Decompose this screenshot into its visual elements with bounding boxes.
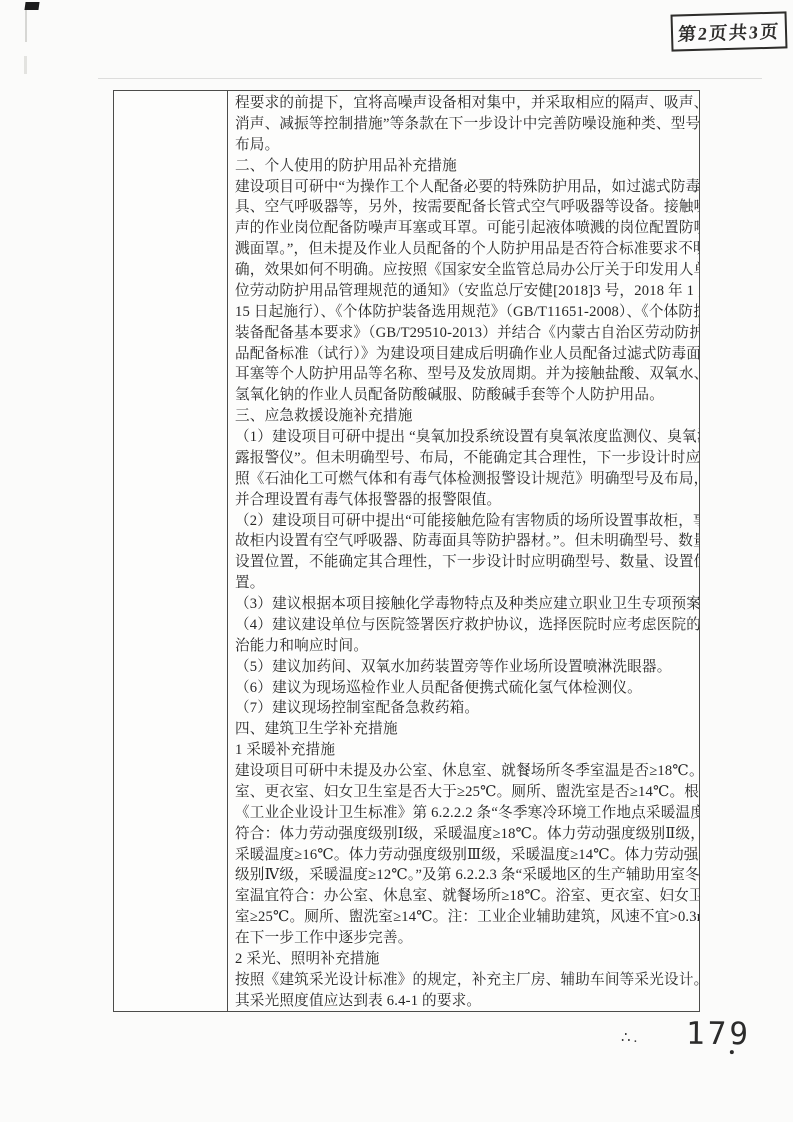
- page-number: 179: [686, 1016, 751, 1053]
- text-line: 品配备标准（试行）》为建设项目建成后明确作业人员配备过滤式防毒面具、: [235, 344, 691, 365]
- text-line: 位劳动防护用品管理规范的通知》（安监总厅安健[2018]3 号，2018 年 1…: [235, 281, 691, 302]
- text-line: （7）建议现场控制室配备急救药箱。: [235, 698, 691, 719]
- text-line: 装备配备基本要求》（GB/T29510-2013）并结合《内蒙古自治区劳动防护用: [235, 323, 691, 344]
- text-line: 2 采光、照明补充措施: [235, 949, 691, 970]
- document-table: 程要求的前提下，宜将高噪声设备相对集中，并采取相应的隔声、吸声、消声、减振等控制…: [113, 90, 700, 1012]
- text-line: （5）建议加药间、双氧水加药装置旁等作业场所设置喷淋洗眼器。: [235, 657, 691, 678]
- text-line: 氢氧化钠的作业人员配备防酸碱服、防酸碱手套等个人防护用品。: [235, 385, 691, 406]
- text-line: 置。: [235, 573, 691, 594]
- text-line: 级别Ⅳ级，采暖温度≥12℃。”及第 6.2.2.3 条“采暖地区的生产辅助用室冬…: [235, 865, 691, 886]
- text-line: 建设项目可研中“为操作工个人配备必要的特殊防护用品，如过滤式防毒面: [235, 177, 691, 198]
- text-line: 并合理设置有毒气体报警器的报警限值。: [235, 490, 691, 511]
- text-line: 治能力和响应时间。: [235, 636, 691, 657]
- page-count-stamp: 第2页共3页: [671, 11, 788, 51]
- text-line: 耳塞等个人防护用品等名称、型号及发放周期。并为接触盐酸、双氧水、: [235, 364, 691, 385]
- text-line: 建设项目可研中未提及办公室、休息室、就餐场所冬季室温是否≥18℃。浴: [235, 761, 691, 782]
- text-line: 确，效果如何不明确。应按照《国家安全监管总局办公厅关于印发用人单: [235, 260, 691, 281]
- text-line: 三、应急救援设施补充措施: [235, 406, 691, 427]
- text-line: 四、建筑卫生学补充措施: [235, 719, 691, 740]
- text-line: （3）建议根据本项目接触化学毒物特点及种类应建立职业卫生专项预案。: [235, 594, 691, 615]
- text-line: 室温宜符合：办公室、休息室、就餐场所≥18℃。浴室、更衣室、妇女卫生: [235, 886, 691, 907]
- page-count-stamp-text: 第2页共3页: [677, 17, 781, 46]
- text-line: 故柜内设置有空气呼吸器、防毒面具等防护器材。”。但未明确型号、数量、: [235, 531, 691, 552]
- text-line: 15 日起施行）、《个体防护装备选用规范》（GB/T11651-2008）、《个…: [235, 302, 691, 323]
- text-line: 按照《建筑采光设计标准》的规定，补充主厂房、辅助车间等采光设计。: [235, 970, 691, 991]
- text-line: 程要求的前提下，宜将高噪声设备相对集中，并采取相应的隔声、吸声、: [235, 93, 691, 114]
- text-line: 室≥25℃。厕所、盥洗室≥14℃。注：工业企业辅助建筑，风速不宜>0.3m/s。…: [235, 907, 691, 928]
- scan-edge-line: [98, 78, 762, 79]
- table-content-column: 程要求的前提下，宜将高噪声设备相对集中，并采取相应的隔声、吸声、消声、减振等控制…: [228, 91, 699, 1011]
- text-line: 设置位置，不能确定其合理性，下一步设计时应明确型号、数量、设置位: [235, 552, 691, 573]
- text-line: 采暖温度≥16℃。体力劳动强度级别Ⅲ级，采暖温度≥14℃。体力劳动强度: [235, 845, 691, 866]
- scan-ink-artifact: [24, 2, 39, 10]
- text-line: 照《石油化工可燃气体和有毒气体检测报警设计规范》明确型号及布局，: [235, 469, 691, 490]
- text-line: 室、更衣室、妇女卫生室是否大于≥25℃。厕所、盥洗室是否≥14℃。根据: [235, 782, 691, 803]
- text-line: 1 采暖补充措施: [235, 740, 691, 761]
- text-line: 溅面罩。”，但未提及作业人员配备的个人防护用品是否符合标准要求不明: [235, 239, 691, 260]
- table-left-column: [114, 91, 228, 1011]
- scan-line-artifact: [25, 10, 27, 42]
- text-line: （6）建议为现场巡检作业人员配备便携式硫化氢气体检测仪。: [235, 678, 691, 699]
- text-line: 二、个人使用的防护用品补充措施: [235, 156, 691, 177]
- footer-dots-mark: ∴.: [621, 1028, 640, 1047]
- text-line: 其采光照度值应达到表 6.4-1 的要求。: [235, 991, 691, 1011]
- text-line: （2）建设项目可研中提出“可能接触危险有害物质的场所设置事故柜，事: [235, 511, 691, 532]
- text-line: 在下一步工作中逐步完善。: [235, 928, 691, 949]
- text-line: 布局。: [235, 135, 691, 156]
- text-line: 符合：体力劳动强度级别Ⅰ级，采暖温度≥18℃。体力劳动强度级别Ⅱ级，: [235, 824, 691, 845]
- text-line: 声的作业岗位配备防噪声耳塞或耳罩。可能引起液体喷溅的岗位配置防喷: [235, 218, 691, 239]
- text-line: 消声、减振等控制措施”等条款在下一步设计中完善防噪设施种类、型号及: [235, 114, 691, 135]
- text-line: （1）建设项目可研中提出 “臭氧加投系统设置有臭氧浓度监测仪、臭氧泄: [235, 427, 691, 448]
- text-line: 露报警仪”。但未明确型号、布局，不能确定其合理性，下一步设计时应按: [235, 448, 691, 469]
- scan-smudge-artifact: [24, 56, 27, 74]
- text-line: 具、空气呼吸器等，另外，按需要配备长管式空气呼吸器等设备。接触噪: [235, 197, 691, 218]
- text-line: 《工业企业设计卫生标准》第 6.2.2.2 条“冬季寒冷环境工作地点采暖温度应: [235, 803, 691, 824]
- text-line: （4）建议建设单位与医院签署医疗救护协议，选择医院时应考虑医院的救: [235, 615, 691, 636]
